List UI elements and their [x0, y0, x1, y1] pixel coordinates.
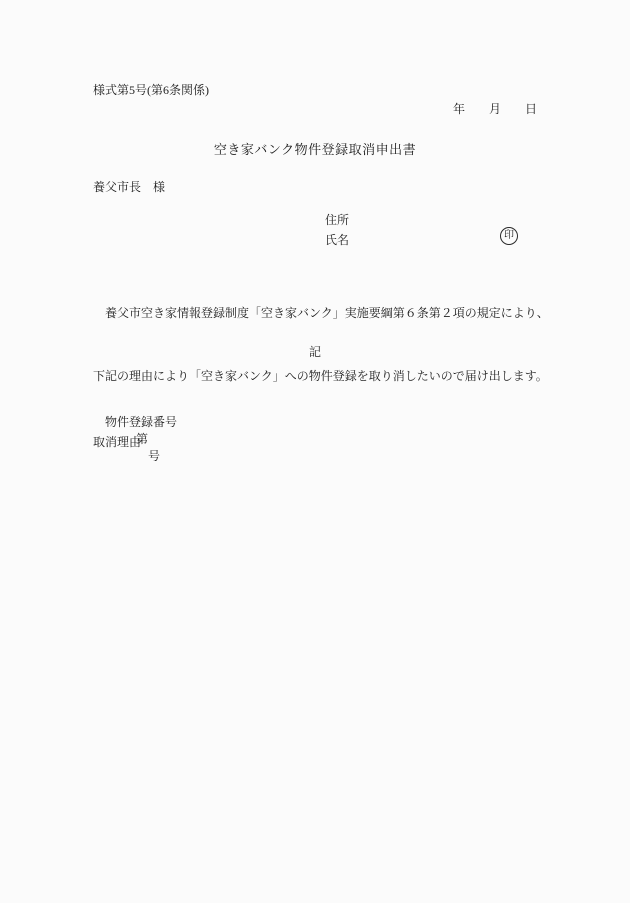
document-page: 様式第5号(第6条関係) 年 月 日 空き家バンク物件登録取消申出書 養父市長 … [0, 0, 630, 903]
section-marker: 記 [0, 343, 630, 360]
addressee: 養父市長 様 [93, 178, 165, 195]
cancel-reason-label: 取消理由 [93, 433, 141, 450]
seal-mark-icon: 印 [500, 227, 518, 245]
form-number: 様式第5号(第6条関係) [93, 81, 209, 98]
date-day-label: 日 [525, 100, 537, 117]
body-paragraph-line-2: 下記の理由により「空き家バンク」への物件登録を取り消したいので届け出します。 [93, 366, 553, 387]
document-title: 空き家バンク物件登録取消申出書 [0, 139, 630, 158]
property-registration-label: 物件登録番号 [105, 415, 177, 429]
applicant-address-label: 住所 [325, 211, 349, 228]
applicant-name-label: 氏名 [325, 231, 349, 248]
property-number-suffix: 号 [148, 447, 160, 464]
date-year-label: 年 [453, 100, 465, 117]
date-line: 年 月 日 [453, 100, 537, 117]
body-paragraph-line-1: 養父市空き家情報登録制度「空き家バンク」実施要綱第６条第２項の規定により、 [93, 303, 553, 324]
date-month-label: 月 [489, 100, 501, 117]
